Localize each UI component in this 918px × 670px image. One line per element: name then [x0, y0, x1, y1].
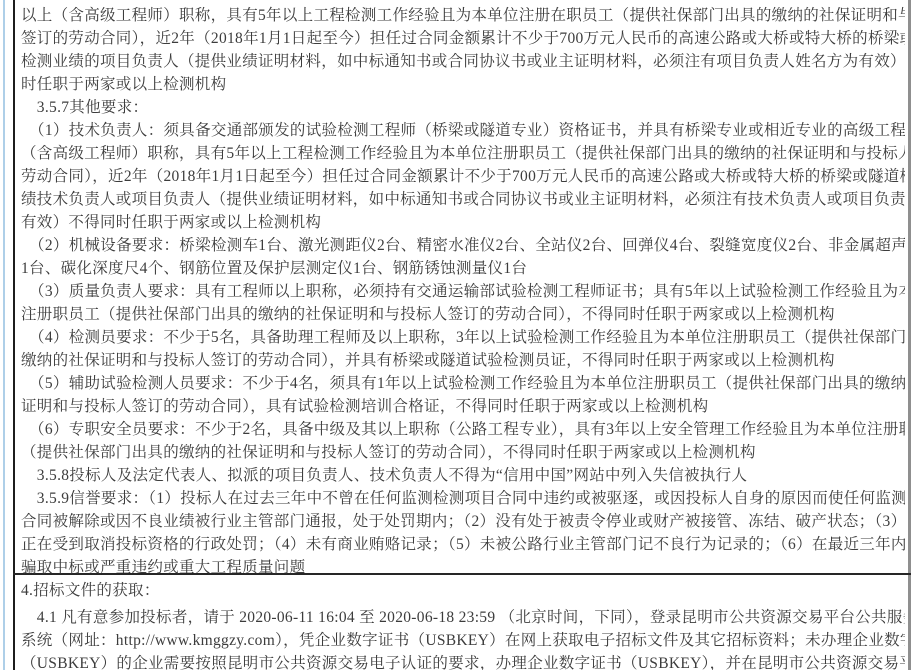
text-line: （3）质量负责人要求：具有工程师以上职称，必须持有交通运输部试验检测工程师证书；… — [21, 280, 905, 303]
table-cell-border-left — [13, 0, 15, 670]
text-line: 证明和与投标人签订的劳动合同），具有试验检测培训合格证，不得同时任职于两家或以上… — [21, 395, 905, 418]
text-line: 劳动合同），近2年（2018年1月1日起至今）担任过合同金额累计不少于700万元… — [21, 165, 905, 188]
tender-document-acquisition-text: 4.招标文件的获取： 4.1 凡有意参加投标者，请于 2020-06-11 16… — [21, 579, 905, 670]
text-line: 合同被解除或因不良业绩被行业主管部门通报，处于处罚期内；（2）没有处于被责令停业… — [21, 510, 905, 533]
text-line: 3.5.7其他要求： — [21, 96, 905, 119]
text-line: （4）检测员要求：不少于5名，具备助理工程师及以上职称，3年以上试验检测工作经验… — [21, 326, 905, 349]
text-line: 签订的劳动合同），近2年（2018年1月1日起至今）担任过合同金额累计不少于70… — [21, 27, 905, 50]
text-line: 正在受到取消投标资格的行政处罚；（4）未有商业贿赂记录；（5）未被公路行业主管部… — [21, 533, 905, 556]
text-line: 骗取中标或严重违约或重大工程质量问题 — [21, 556, 905, 579]
text-line: （提供社保部门出具的缴纳的社保证明和与投标人签订的劳动合同），不得同时任职于两家… — [21, 441, 905, 464]
text-line: 注册职员工（提供社保部门出具的缴纳的社保证明和与投标人签订的劳动合同），不得同时… — [21, 303, 905, 326]
acquisition-paragraph: 4.1 凡有意参加投标者，请于 2020-06-11 16:04 至 2020-… — [21, 606, 905, 670]
text-line: （1）技术负责人：须具备交通部颁发的试验检测工程师（桥梁或隧道专业）资格证书，并… — [21, 119, 905, 142]
text-line: 3.5.9信誉要求：（1）投标人在过去三年中不曾在任何监测检测项目合同中违约或被… — [21, 487, 905, 510]
text-line: 系统（网址：http://www.kmggzy.com），凭企业数字证书（USB… — [21, 629, 905, 652]
text-line: （5）辅助试验检测人员要求：不少于4名，须具有1年以上试验检测工作经验且为本单位… — [21, 372, 905, 395]
tender-document-page: 以上（含高级工程师）职称，具有5年以上工程检测工作经验且为本单位注册在职员工（提… — [0, 0, 918, 670]
text-line: 检测业绩的项目负责人（提供业绩证明材料，如中标通知书或合同协议书或业主证明材料，… — [21, 50, 905, 73]
text-line: 3.5.8投标人及法定代表人、拟派的项目负责人、技术负责人不得为“信用中国”网站… — [21, 464, 905, 487]
left-accent-strip — [3, 0, 5, 670]
text-line: 有效）不得同时任职于两家或以上检测机构 — [21, 211, 905, 234]
text-line: 1台、碳化深度尺4个、钢筋位置及保护层测定仪1台、钢筋锈蚀测量仪1台 — [21, 257, 905, 280]
text-line: 缴纳的社保证明和与投标人签订的劳动合同），并具有桥梁或隧道试验检测员证，不得同时… — [21, 349, 905, 372]
text-line: （含高级工程师）职称，具有5年以上工程检测工作经验且为本单位注册职员工（提供社保… — [21, 142, 905, 165]
text-line: 以上（含高级工程师）职称，具有5年以上工程检测工作经验且为本单位注册在职员工（提… — [21, 4, 905, 27]
text-line: 时任职于两家或以上检测机构 — [21, 73, 905, 96]
text-line: （USBKEY）的企业需要按照昆明市公共资源交易电子认证的要求，办理企业数字证书… — [21, 652, 905, 670]
bidder-requirements-text: 以上（含高级工程师）职称，具有5年以上工程检测工作经验且为本单位注册在职员工（提… — [21, 4, 905, 579]
text-line: （6）专职安全员要求：不少于2名，具备中级及其以上职称（公路工程专业），具有3年… — [21, 418, 905, 441]
table-cell-border-right — [908, 0, 911, 670]
section-heading-acquisition: 4.招标文件的获取： — [21, 579, 905, 602]
text-line: （2）机械设备要求：桥梁检测车1台、激光测距仪2台、精密水准仪2台、全站仪2台、… — [21, 234, 905, 257]
text-line: 4.1 凡有意参加投标者，请于 2020-06-11 16:04 至 2020-… — [21, 606, 905, 629]
text-line: 绩技术负责人或项目负责人（提供业绩证明材料，如中标通知书或合同协议书或业主证明材… — [21, 188, 905, 211]
